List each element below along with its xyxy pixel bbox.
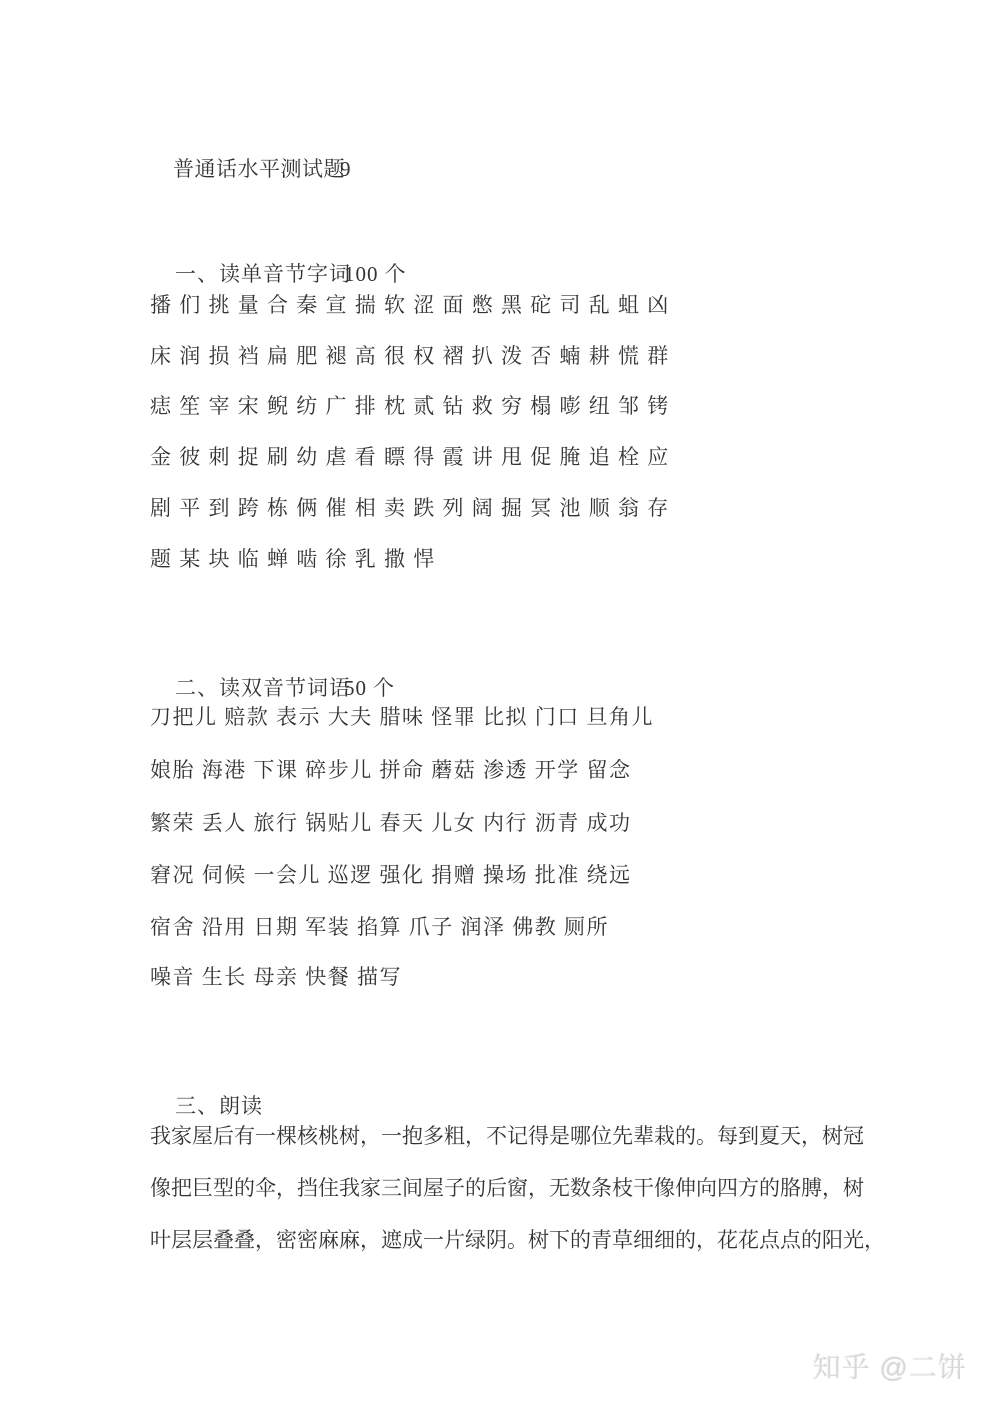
monosyllable-row: 题 某 块 临 蝉 啮 徐 乳 撒 悍 xyxy=(150,547,436,571)
monosyllable-row: 痣 笙 宰 宋 鲵 纺 广 排 枕 贰 钻 救 穷 榻 嘭 纽 邹 铐 xyxy=(150,394,670,418)
title-text: 普通话水平测试题 xyxy=(173,157,345,181)
section3-heading-text: 三、朗读 xyxy=(175,1094,263,1118)
disyllable-row: 噪音 生长 母亲 快餐 描写 xyxy=(150,965,402,989)
passage-line: 我家屋后有一棵核桃树，一抱多粗，不记得是哪位先辈栽的。每到夏天，树冠 xyxy=(150,1124,864,1148)
monosyllable-row: 金 彼 刺 捉 刷 幼 虐 看 瞟 得 霞 讲 甩 促 腌 追 栓 应 xyxy=(150,445,670,469)
monosyllable-row: 播 们 挑 量 合 秦 宣 揣 软 涩 面 憋 黑 砣 司 乱 蛆 凶 xyxy=(150,293,670,317)
title-number: 9 xyxy=(340,157,351,181)
section1-heading-text: 一、读单音节字词 xyxy=(175,262,351,286)
document-title: 普通话水平测试题9 xyxy=(150,133,351,205)
disyllable-row: 宿舍 沿用 日期 军装 掐算 爪子 润泽 佛教 厕所 xyxy=(150,915,609,939)
zhihu-watermark: 知乎 @二饼 xyxy=(813,1346,967,1386)
section2-heading-unit: 个 xyxy=(373,676,395,700)
passage-line: 像把巨型的伞，挡住我家三间屋子的后窗，无数条枝干像伸向四方的胳膊，树 xyxy=(150,1176,864,1200)
monosyllable-row: 床 润 损 裆 扁 肥 褪 高 很 权 褶 扒 泼 否 蝻 耕 慌 群 xyxy=(150,344,670,368)
document-page: 普通话水平测试题9 一、读单音节字词100个 播 们 挑 量 合 秦 宣 揣 软… xyxy=(0,0,993,1404)
section1-heading-count: 100 xyxy=(344,262,379,286)
section2-heading-count: 50 xyxy=(344,676,367,700)
passage-line: 叶层层叠叠，密密麻麻，遮成一片绿阴。树下的青草细细的，花花点点的阳光， xyxy=(150,1228,885,1252)
section2-heading-text: 二、读双音节词语 xyxy=(175,676,351,700)
disyllable-row: 繁荣 丢人 旅行 锅贴儿 春天 儿女 内行 沥青 成功 xyxy=(150,811,632,835)
section1-heading-unit: 个 xyxy=(385,262,407,286)
disyllable-row: 刀把儿 赔款 表示 大夫 腊味 怪罪 比拟 门口 旦角儿 xyxy=(150,705,654,729)
monosyllable-row: 剧 平 到 跨 栋 俩 催 相 卖 跌 列 阔 掘 冥 池 顺 翁 存 xyxy=(150,496,670,520)
disyllable-row: 窘况 伺候 一会儿 巡逻 强化 捐赠 操场 批准 绕远 xyxy=(150,863,632,887)
disyllable-row: 娘胎 海港 下课 碎步儿 拼命 蘑菇 渗透 开学 留念 xyxy=(150,758,632,782)
